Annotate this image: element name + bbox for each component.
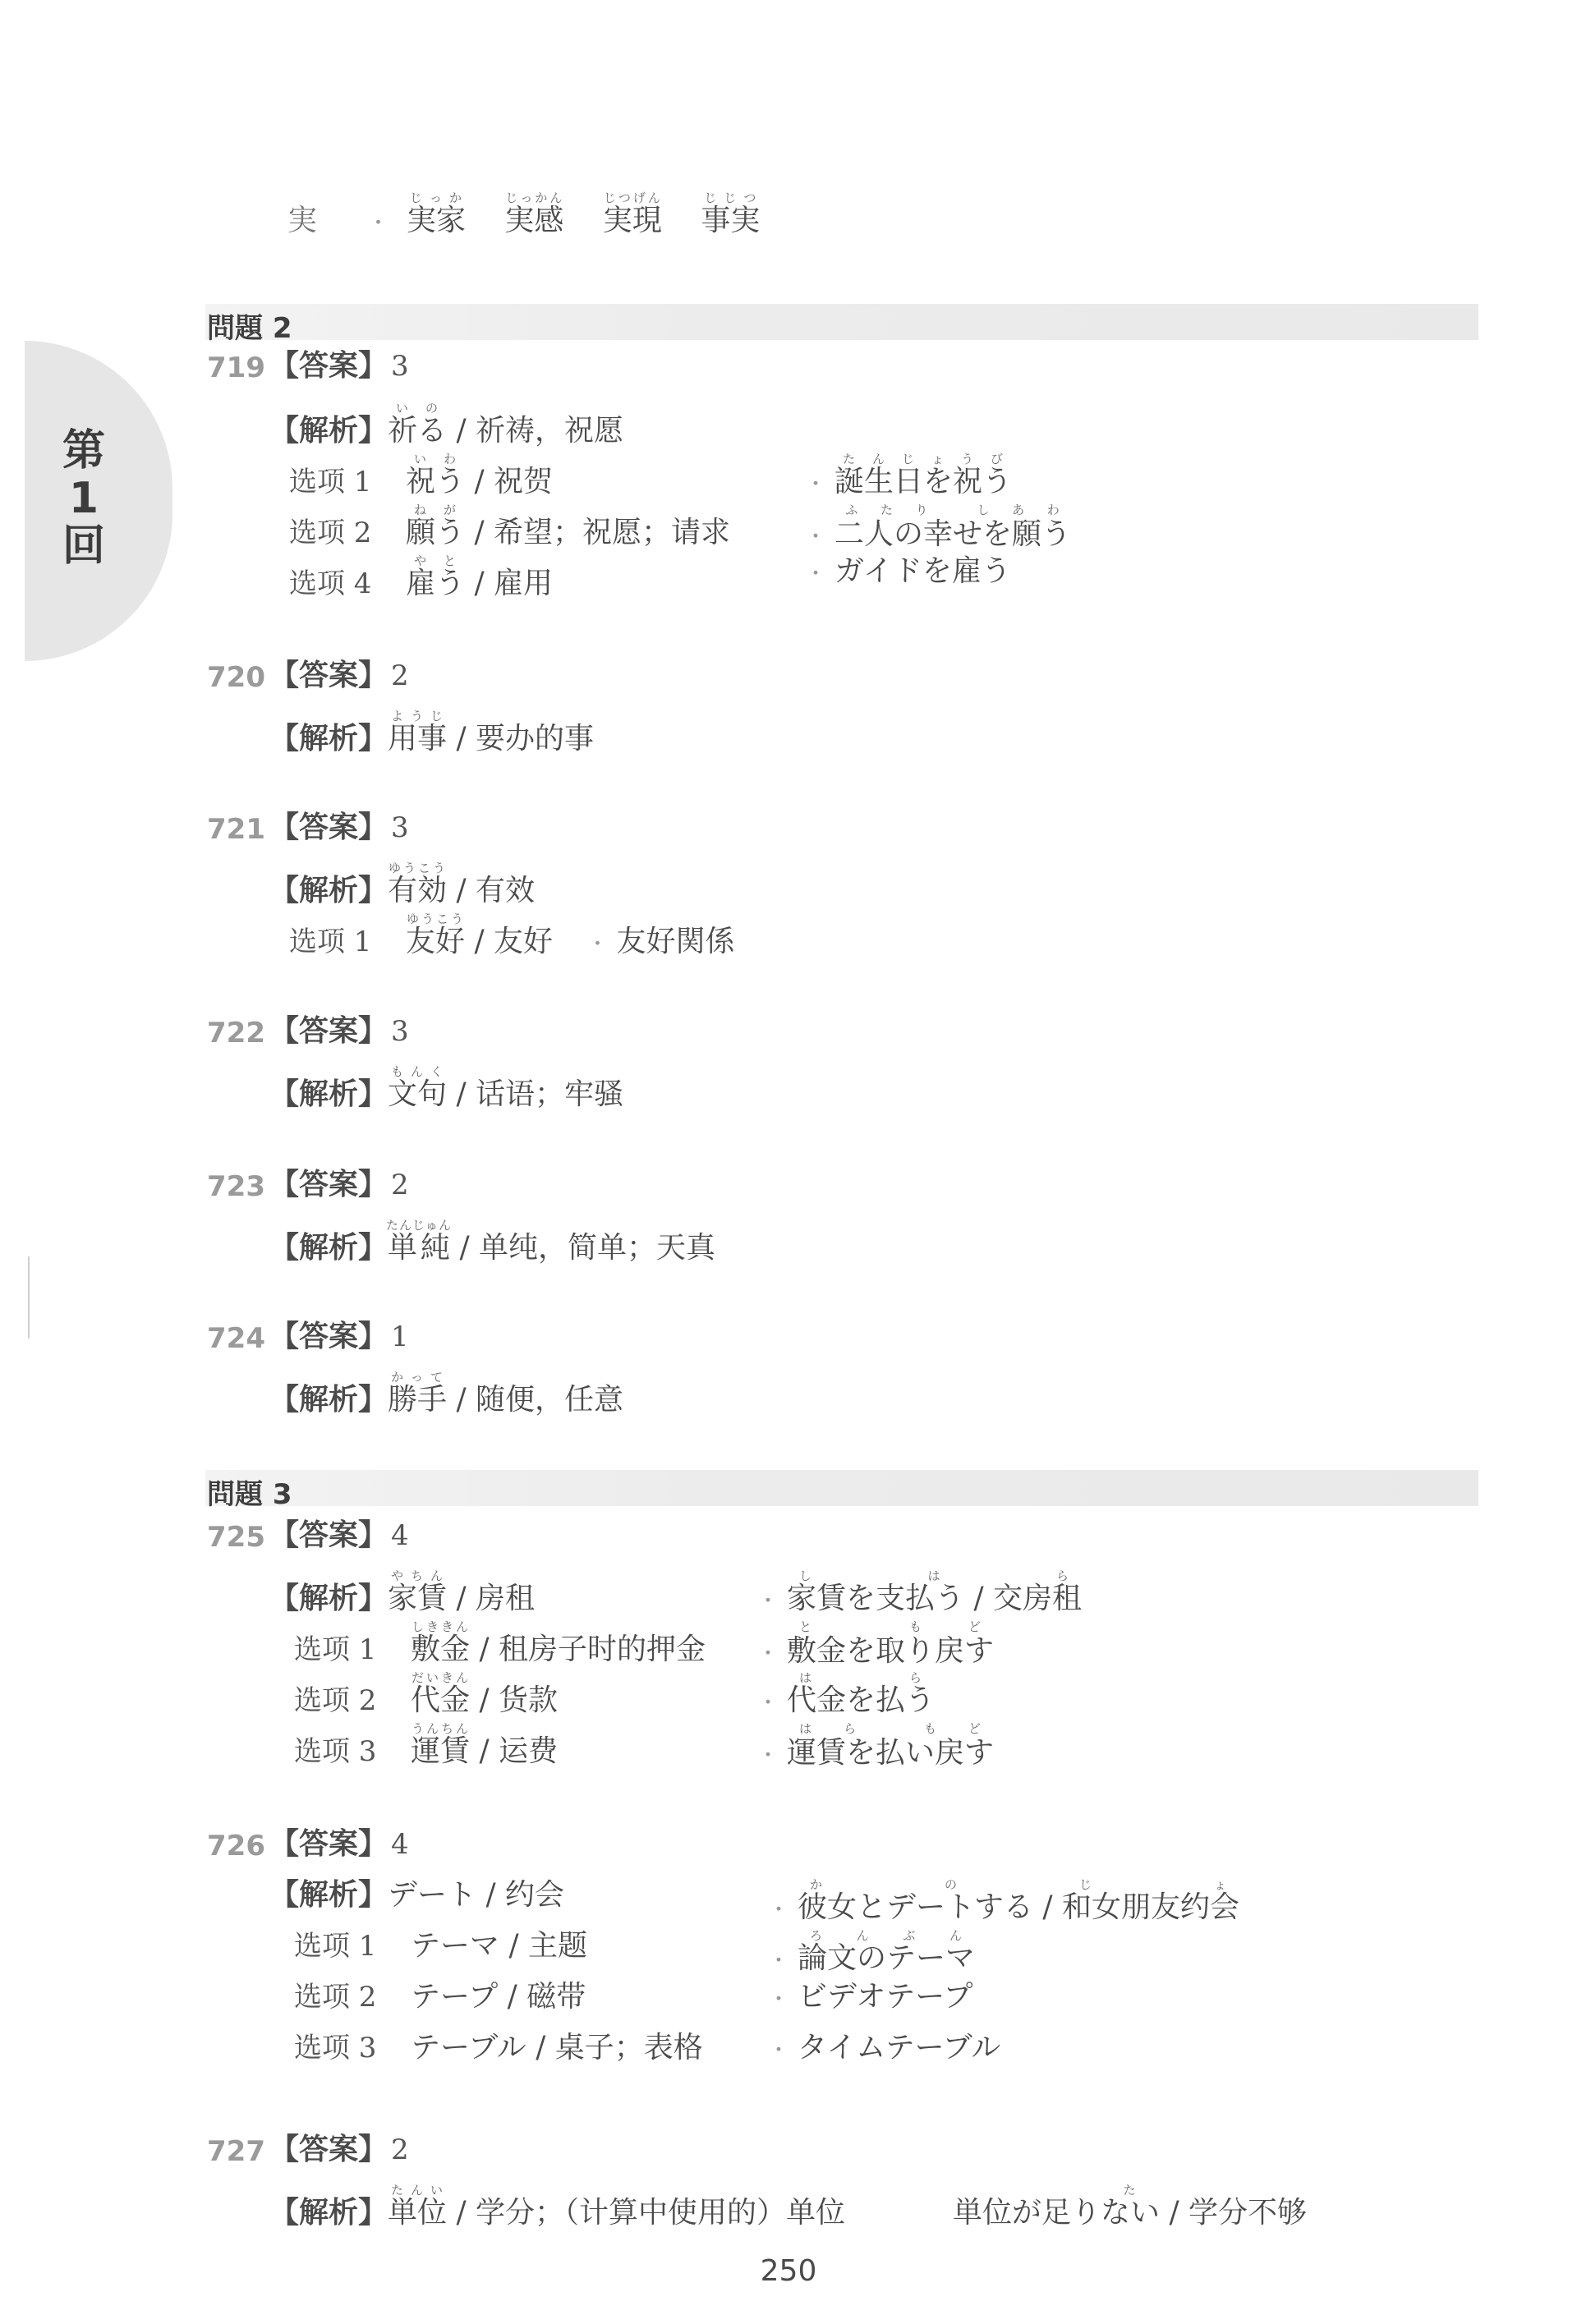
example-line: ・代金を払うはら [757,1670,935,1721]
question-number: 721 [207,813,265,846]
bullet-icon: ・ [805,525,826,549]
bullet-icon: ・ [587,932,609,957]
answer-line: 【答案】4 [269,1826,409,1862]
option-line: 选项 1敷金しききん / 租房子时的押金 [294,1619,706,1668]
option-line: 选项 4雇うやと / 雇用 [289,553,553,602]
analysis-line: 【解析】文句もんく / 话语；牢骚 [269,1064,623,1113]
scan-artifact-line [28,1256,30,1339]
bullet-icon: ・ [768,2038,789,2063]
analysis-line: 【解析】家賃やちん / 房租 [269,1568,535,1617]
section-header-bar [205,1470,1478,1506]
answer-line: 【答案】2 [269,1167,409,1203]
analysis-line: 【解析】単位たんい / 学分；（计算中使用的）单位 [269,2183,845,2231]
example-line: ・二人の幸せを願うふたり しあわ [805,503,1071,555]
bullet-icon: ・ [805,472,826,497]
example-line: ・運賃を払い戻すはら もど [757,1721,994,1774]
answer-line: 【答案】2 [269,2132,409,2168]
question-number: 723 [207,1170,265,1203]
question-number: 727 [207,2135,265,2168]
question-number: 724 [207,1322,265,1355]
question-number: 725 [207,1521,265,1554]
option-line: 选项 3運賃うんちん / 运费 [294,1721,558,1770]
bullet-icon: ・ [768,1987,789,2012]
section-title: 問題 3 [207,1472,292,1512]
answer-line: 【答案】3 [269,810,409,846]
bullet-icon: ・ [757,1642,779,1666]
bullet-icon: ・ [757,1589,779,1614]
question-number: 719 [207,351,265,384]
option-line: 选项 2テープ / 磁带 [294,1979,586,2015]
question-number: 726 [207,1830,265,1862]
section-header-bar [205,304,1478,340]
analysis-line: 【解析】祈るいの / 祈祷，祝愿 [269,401,623,449]
answer-line: 【答案】2 [269,658,409,694]
answer-line: 【答案】4 [269,1518,409,1554]
answer-line: 【答案】3 [269,348,409,384]
option-line: 选项 1テーマ / 主题 [294,1928,587,1964]
option-line: 选项 3テーブル / 桌子；表格 [294,2030,703,2066]
example-line: ・誕生日を祝うたんじょうび [805,452,1012,503]
example-line: ・家賃を支払う / 交房租しはら [757,1568,1082,1619]
question-number: 722 [207,1017,265,1049]
option-line: 选项 2願うねが / 希望；祝愿；请求 [289,503,730,551]
page-number: 250 [0,2254,1577,2288]
analysis-line: 【解析】有効ゆうこう / 有效 [269,861,535,909]
example-line: ・彼女とデートする / 和女朋友约会かのじょ [768,1877,1239,1928]
bullet-icon: ・ [768,1949,789,1973]
answer-line: 【答案】1 [269,1319,409,1355]
example-line: ・ビデオテープ [768,1979,973,2018]
example-line: ・敷金を取り戻すと もど [757,1619,994,1672]
question-number: 720 [207,661,265,694]
analysis-line: 【解析】デート / 约会 [269,1877,564,1913]
bullet-icon: ・ [768,1898,789,1922]
analysis-line: 【解析】勝手かって / 随便，任意 [269,1370,623,1418]
option-line: 选项 1祝ういわ / 祝贺 [289,452,553,500]
example-line: ・論文のテーマろんぶん [768,1928,975,1979]
analysis-line: 【解析】用事ようじ / 要办的事 [269,709,594,757]
bullet-icon: ・ [367,211,389,236]
example-line: ・ガイドを雇う [805,553,1011,592]
option-line: 选项 1友好ゆうこう / 友好 ・友好関係 [289,912,735,962]
bullet-icon: ・ [805,562,826,586]
example-line: ・タイムテーブル [768,2030,1000,2069]
example-line: 単位が足りない / 学分不够た [953,2183,1307,2231]
section-title: 問題 2 [207,305,292,346]
option-line: 选项 2代金だいきん / 货款 [294,1670,558,1719]
bullet-icon: ・ [757,1691,779,1715]
answer-line: 【答案】3 [269,1013,409,1049]
kanji-compound-line: 実 ・ 実家じっか 実感じっかん 実現じつげん 事実じじつ [287,191,760,241]
bullet-icon: ・ [757,1743,779,1768]
chapter-tab-label: 第 1 回 [51,427,117,570]
analysis-line: 【解析】単純たんじゅん / 单纯，简单；天真 [269,1218,715,1266]
